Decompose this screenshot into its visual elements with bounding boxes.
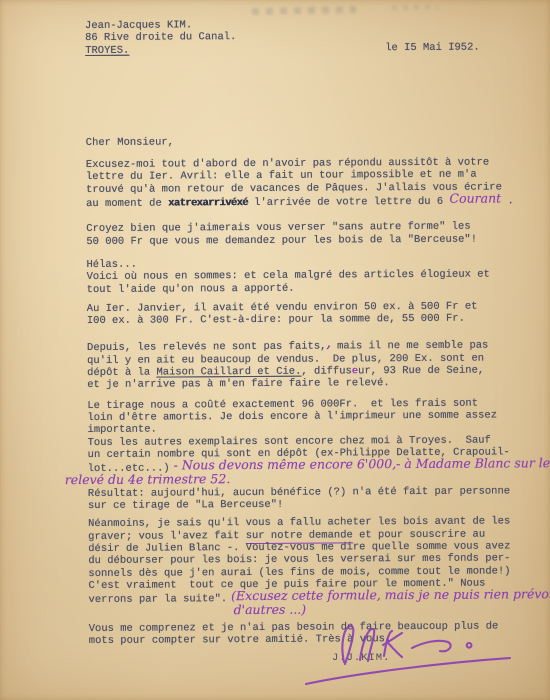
scan-ghost-marks-2 — [392, 5, 438, 11]
sender-block: Jean-Jacques KIM.86 Rive droite du Canal… — [85, 17, 523, 57]
letter-date: le I5 Mai I952. — [385, 42, 480, 55]
scan-ghost-marks — [252, 6, 356, 15]
paragraph-6: Le tirage nous a coûté exactement 96 000… — [87, 397, 526, 512]
handwritten-apology-note-line2: d'autres ...) — [89, 603, 527, 618]
handwritten-apology-note: (Excusez cette formule, mais je ne puis … — [227, 586, 550, 603]
paragraph-5: Depuis, les relevés ne sont pas faits,, … — [87, 338, 525, 392]
handwritten-margin-note: - Nous devons même encore 6'000,- à Mada… — [170, 455, 550, 472]
paragraph-1-end: . — [501, 195, 514, 207]
typed-over-word: xatrexarrivéxé — [168, 197, 248, 209]
paragraph-4: Au Ier. Janvier, il avait été vendu envi… — [87, 300, 525, 327]
paragraph-3: Hélas... Voici où nous en sommes: et cel… — [86, 256, 524, 296]
paragraph-6-text-2: Résultat: aujourd'hui, aucun bénéfice (?… — [88, 485, 526, 512]
paragraph-1: Excusez-moi tout d'abord de n'avoir pas … — [86, 157, 524, 211]
paragraph-2: Croyez bien que j'aimerais vous verser "… — [86, 221, 524, 248]
paragraph-7: Néanmoins, je sais qu'il vous a fallu ac… — [88, 516, 527, 619]
letter-page: Jean-Jacques KIM.86 Rive droite du Canal… — [0, 0, 550, 700]
pen-correction-comma: , — [326, 336, 330, 351]
salutation: Cher Monsieur, — [86, 134, 524, 149]
handwritten-courant: Courant — [449, 191, 501, 206]
underlined-maison-caillard: Maison Caillard et Cie. — [156, 366, 301, 379]
paragraph-5-text-3: , diffus — [301, 365, 351, 377]
paragraph-1-text-2: l'arrivée de votre lettre du 6 — [248, 196, 450, 209]
paragraph-5-text: Depuis, les relevés ne sont pas faits, — [87, 341, 327, 354]
paragraph-8: Vous me comprenez et je n'ai pas besoin … — [89, 620, 527, 647]
letter-body: Jean-Jacques KIM.86 Rive droite du Canal… — [85, 17, 527, 658]
signature-typed: J.J.KIM. — [332, 652, 390, 664]
